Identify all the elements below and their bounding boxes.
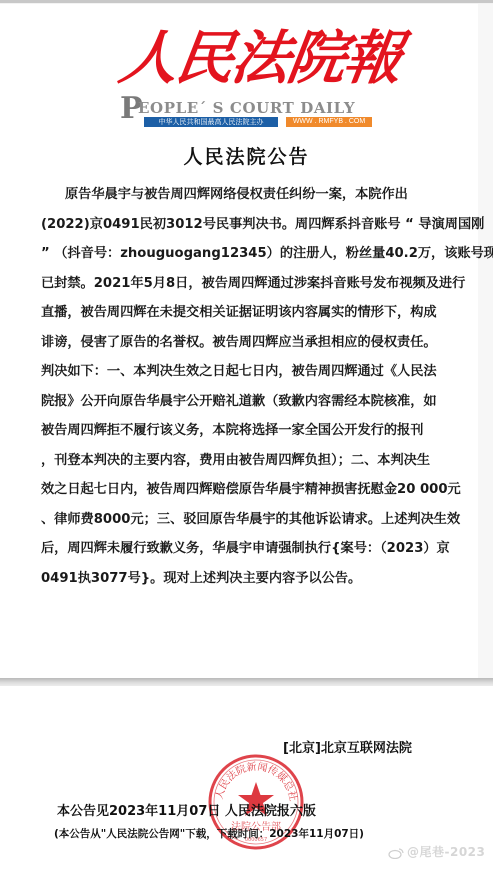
masthead-title-cn: 人民法院報 <box>115 22 395 94</box>
body-line: 效之日起七日内，被告周四辉赔偿原告华晨宇精神损害抚慰金20 000元 <box>41 475 453 505</box>
masthead-sponsor-band: 中华人民共和国最高人民法院主办 <box>144 117 278 127</box>
body-line: 后，周四辉未履行致歉义务，华晨宇申请强制执行{案号：（2023）京 <box>41 534 453 564</box>
body-line: 院报》公开向原告华晨宇公开赔礼道歉（致歉内容需经本院核准，如 <box>41 387 453 417</box>
body-line: 诽谤，侵害了原告的名誉权。被告周四辉应当承担相应的侵权责任。 <box>41 328 453 358</box>
download-note: (本公告从"人民法院公告网"下载，下载时间：2023年11月07日) <box>54 826 364 841</box>
body-line: 判决如下：一、本判决生效之日起七日内，被告周四辉通过《人民法 <box>41 357 453 387</box>
body-line: ，刊登本判决的主要内容，费用由被告周四辉负担）；二、本判决生 <box>41 446 453 476</box>
body-line: 原告华晨宇与被告周四辉网络侵权责任纠纷一案，本院作出 <box>41 180 453 210</box>
masthead-website-band: WWW . RMFYB . COM <box>286 117 372 127</box>
watermark-text: @尾巷-2023 <box>407 845 485 859</box>
body-line: (2022)京0491民初3012号民事判决书。周四辉系抖音账号 “ 导演周国刚 <box>41 210 453 240</box>
body-line: 已封禁。2021年5月8日，被告周四辉通过涉案抖音账号发布视频及进行 <box>41 269 453 299</box>
body-line: 被告周四辉拒不履行该义务，本院将选择一家全国公开发行的报刊 <box>41 416 453 446</box>
body-line: 0491执3077号}。现对上述判决主要内容予以公告。 <box>41 564 453 594</box>
newspaper-masthead: 人民法院報 P EOPLE´ S COURT DAILY 中华人民共和国最高人民… <box>110 16 390 126</box>
notice-body: 原告华晨宇与被告周四辉网络侵权责任纠纷一案，本院作出 (2022)京0491民初… <box>41 180 453 593</box>
masthead-title-en: EOPLE´ S COURT DAILY <box>138 99 355 117</box>
top-border <box>0 0 493 3</box>
body-line: 、律师费8000元；三、驳回原告华晨宇的其他诉讼请求。上述判决生效 <box>41 505 453 535</box>
weibo-logo-icon <box>388 847 404 859</box>
watermark: @尾巷-2023 <box>388 843 485 860</box>
body-line: ” （抖音号：zhouguogang12345）的注册人，粉丝量40.2万，该账… <box>41 239 453 269</box>
body-line: 直播，被告周四辉在未提交相关证据证明该内容属实的情形下，构成 <box>41 298 453 328</box>
publication-note: 本公告见2023年11月07日 人民法院报六版 <box>57 800 316 819</box>
page-separator <box>0 678 493 686</box>
page-gutter <box>478 4 493 680</box>
notice-title: 人民法院公告 <box>0 142 493 169</box>
